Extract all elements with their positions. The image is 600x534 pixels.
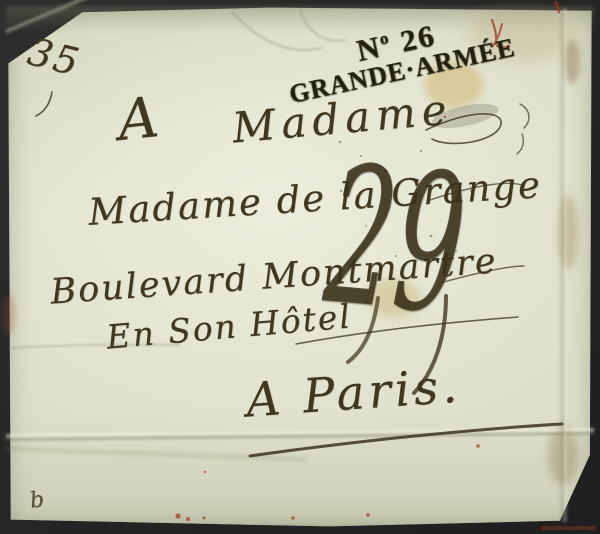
address-line1-a: A xyxy=(115,90,161,150)
manuscript-rate-35: 35 xyxy=(24,32,84,82)
address-line5: A Paris. xyxy=(245,363,463,425)
manuscript-corner-note: b xyxy=(29,489,46,513)
cover-photo: 35 A Madame Madame de la Grange Boulevar… xyxy=(0,0,600,534)
manuscript-postage-due-29: 29 xyxy=(319,140,472,342)
